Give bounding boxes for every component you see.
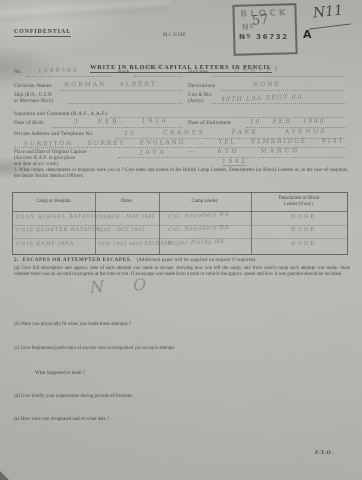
page-turn-over-marking: P.T.O.: [315, 450, 333, 456]
table-row-dates: NOV 1942 until RELEASE: [98, 241, 172, 248]
question-1-text: 1. What camps, detachments or hospitals …: [14, 168, 348, 181]
table-row-camp: UNIE KLOSTER BATAVIA: [16, 227, 100, 234]
question-2e-text: (e) How were you recaptured and on what …: [14, 417, 348, 423]
section-2-number: 2.: [14, 257, 18, 263]
no-field-line: [27, 76, 111, 77]
table-divider-1: [95, 193, 96, 254]
capture-label-line2: (Aircrew R.A.F. to give place: [14, 156, 75, 162]
decorations-line: [221, 90, 346, 91]
paper-crease: [0, 0, 170, 22]
table-row-leader: Col. Saunders RA: [168, 212, 229, 220]
question-2a-answer: N O: [90, 274, 159, 297]
enlistment-label: Date of Enlistment: [188, 120, 231, 126]
ship-label-line2: or Merchant Navy).: [14, 99, 55, 105]
ship-field-line: [68, 103, 182, 104]
unit-value: 48TH LAA REGT RA: [221, 93, 303, 104]
no-label: No.: [14, 69, 22, 75]
paper-corner-shadow: [0, 471, 9, 480]
section-2-note: (Additional paper will be supplied on re…: [137, 258, 257, 263]
no-value: 1549565: [38, 67, 79, 74]
unit-label-line2: (Army): [188, 99, 203, 105]
capture-label-line3: and date of a/c crash).: [14, 162, 60, 168]
unit-label-line1: Unit & Div.: [188, 93, 212, 99]
dob-field-line: [52, 127, 182, 128]
question-2d-text: (d) Give briefly your experiences during…: [14, 394, 348, 400]
rank-label: Rank: [118, 69, 130, 75]
enlistment-value: 16 FEB 1940: [250, 118, 326, 126]
table-row-camp: UNIE KAMP JAVA: [16, 241, 75, 248]
annotation-underline: [309, 23, 351, 29]
camps-table: Camp or Hospital. Dates. Camp Leader. De…: [12, 192, 348, 255]
rank-value: L/BDR: [140, 65, 162, 72]
squadron-label: Squadron and Command (R.A.F., A.A.F.): [14, 111, 107, 117]
section-2-title: ESCAPES OR ATTEMPTED ESCAPES.: [23, 257, 132, 263]
address-value-line1: 25 CRANES PARK AVENUE: [124, 128, 328, 137]
question-2c-text: (c) Give Regimental particulars of anyon…: [14, 346, 348, 352]
handwritten-annotation: N11: [312, 2, 344, 21]
christian-names-value: NORMAN ALBERT: [64, 81, 157, 89]
capture-value-line2: 1942: [222, 158, 248, 166]
table-header-rule: [13, 211, 347, 212]
rank-field-line: [134, 76, 182, 77]
table-row-dates: MARCH - MAY 1942: [98, 214, 155, 221]
capture-value-line1: JAVA — 8TH MARCH: [140, 147, 301, 156]
table-row-rule-2: [13, 238, 347, 239]
serial-number-stamp: Nº 36732: [239, 32, 289, 41]
table-row-leader: Major Hardy RA: [168, 239, 225, 247]
copy-letter: A: [303, 28, 312, 41]
table-row-dates: MAY - OCT 1942: [98, 227, 145, 233]
table-row-block: NONE: [291, 227, 316, 233]
form-reference: M.I. 9/JAP: [163, 33, 186, 39]
table-header-dates: Dates.: [121, 199, 133, 204]
scanned-pow-questionnaire-page: CONFIDENTIAL M.I. 9/JAP BLOCK Nº 57 Nº 3…: [0, 0, 362, 480]
table-row-leader: Col. Saunders RA: [168, 225, 229, 233]
question-2c2-text: What happened to them ?: [35, 371, 335, 377]
block-number-stamp: BLOCK Nº: [232, 3, 297, 56]
ship-label-line1: Ship (R.N., U.S.N.: [14, 93, 53, 99]
table-divider-3: [251, 193, 252, 254]
block-number-handwritten: 57: [251, 12, 269, 29]
section-2-heading: 2. ESCAPES OR ATTEMPTED ESCAPES. (Additi…: [14, 257, 257, 264]
surname-value: HARVEY: [234, 66, 282, 73]
unit-field-line: [212, 103, 346, 104]
dob-label: Date of Birth: [14, 120, 44, 126]
christian-names-line: [60, 90, 182, 91]
question-2a-text: (a) Give full description and approx. da…: [14, 266, 350, 279]
table-row-block: NONE: [291, 214, 316, 220]
confidential-marking: CONFIDENTIAL: [14, 29, 71, 37]
christian-names-label: Christian Names: [14, 83, 52, 89]
table-header-block-line1: Detachment or Block: [278, 196, 319, 201]
table-header-block-line2: Leader (if any).: [284, 202, 314, 207]
table-header-leader: Camp Leader.: [192, 199, 219, 204]
table-row-camp: KOAN SCHOOL BATAVIA: [16, 214, 99, 221]
dob-value: 3 FEB. 1916: [74, 118, 169, 126]
decorations-value: NONE: [253, 81, 281, 88]
surname-field-line: [213, 76, 346, 77]
address-label: Private Address and Telephone No.: [14, 131, 94, 137]
surname-label: Surname: [188, 69, 208, 75]
decorations-label: Decorations: [188, 83, 215, 89]
table-row-block: NONE: [291, 241, 316, 247]
table-header-camp: Camp or Hospital.: [36, 199, 71, 204]
capture-label-line1: Place and Date of Original Capture: [14, 150, 87, 156]
question-2b-text: (b) Were you physically fit when you mad…: [14, 322, 348, 328]
